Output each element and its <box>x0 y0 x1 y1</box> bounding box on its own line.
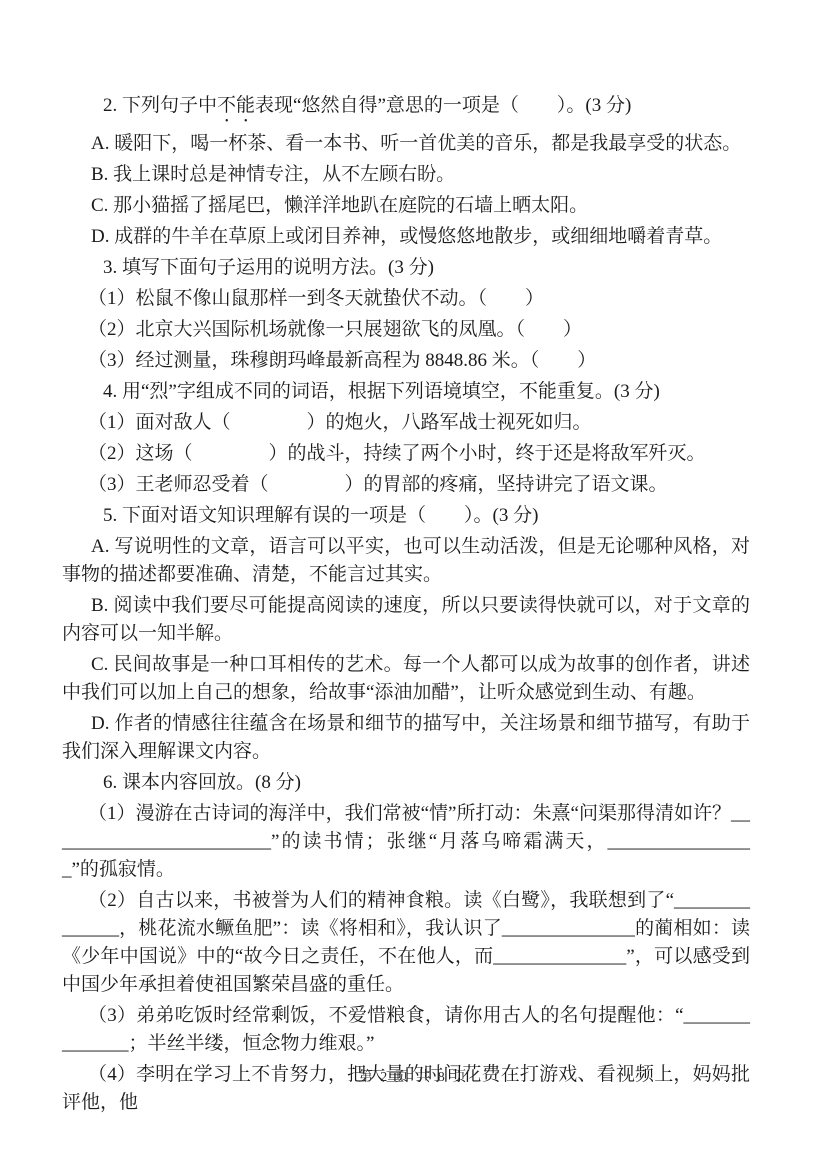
question-5-option-d: D. 作者的情感往往蕴含在场景和细节的描写中，关注场景和细节描写，有助于我们深入… <box>62 710 750 766</box>
question-2-option-a: A. 暖阳下，喝一杯茶、看一本书、听一首优美的音乐，都是我最享受的状态。 <box>62 130 750 158</box>
question-4-heading: 4. 用“烈”字组成不同的词语，根据下列语境填空，不能重复。(3 分) <box>62 378 750 406</box>
exam-page: 2. 下列句子中不能表现“悠然自得”意思的一项是（ ）。(3 分) A. 暖阳下… <box>0 0 827 1169</box>
question-2-option-b: B. 我上课时总是神情专注，从不左顾右盼。 <box>62 161 750 189</box>
question-5-option-c: C. 民间故事是一种口耳相传的艺术。每一个人都可以成为故事的创作者，讲述中我们可… <box>62 651 750 707</box>
question-2-emphasized-word: 不能 <box>217 95 255 116</box>
question-2-option-c: C. 那小猫摇了摇尾巴，懒洋洋地趴在庭院的石墙上晒太阳。 <box>62 192 750 220</box>
question-5-option-b: B. 阅读中我们要尽可能提高阅读的速度，所以只要读得快就可以，对于文章的内容可以… <box>62 592 750 648</box>
question-2-option-d: D. 成群的牛羊在草原上或闭目养神，或慢悠悠地散步，或细细地嚼着青草。 <box>62 223 750 251</box>
exam-content: 2. 下列句子中不能表现“悠然自得”意思的一项是（ ）。(3 分) A. 暖阳下… <box>62 92 750 1120</box>
question-2-heading-post: 表现“悠然自得”意思的一项是（ ）。(3 分) <box>255 95 631 116</box>
question-3-item-1: （1）松鼠不像山鼠那样一到冬天就蛰伏不动。（ ） <box>62 285 750 313</box>
question-4-item-3: （3）王老师忍受着（ ）的胃部的疼痛，坚持讲完了语文课。 <box>62 471 750 499</box>
page-number-footer: 第 2 页 共 8 页 <box>0 1066 827 1086</box>
question-3-item-2: （2）北京大兴国际机场就像一只展翅欲飞的凤凰。（ ） <box>62 316 750 344</box>
question-6-item-2: （2）自古以来，书被誉为人们的精神食粮。读《白鹭》，我联想到了“________… <box>62 887 750 999</box>
question-2-heading-pre: 2. 下列句子中 <box>103 95 217 116</box>
question-4-item-2: （2）这场（ ）的战斗，持续了两个小时，终于还是将敌军歼灭。 <box>62 440 750 468</box>
question-2-heading: 2. 下列句子中不能表现“悠然自得”意思的一项是（ ）。(3 分) <box>62 92 750 127</box>
question-6-item-3: （3）弟弟吃饭时经常剩饭，不爱惜粮食，请你用古人的名句提醒他：“________… <box>62 1002 750 1058</box>
question-5-option-a: A. 写说明性的文章，语言可以平实，也可以生动活泼，但是无论哪种风格，对事物的描… <box>62 533 750 589</box>
question-3-item-3: （3）经过测量，珠穆朗玛峰最新高程为 8848.86 米。（ ） <box>62 347 750 375</box>
question-6-heading: 6. 课本内容回放。(8 分) <box>62 769 750 797</box>
question-4-item-1: （1）面对敌人（ ）的炮火，八路军战士视死如归。 <box>62 409 750 437</box>
question-5-heading: 5. 下面对语文知识理解有误的一项是（ ）。(3 分) <box>62 502 750 530</box>
question-3-heading: 3. 填写下面句子运用的说明方法。(3 分) <box>62 254 750 282</box>
question-6-item-1: （1）漫游在古诗词的海洋中，我们常被“情”所打动：朱熹“问渠那得清如许？____… <box>62 800 750 884</box>
